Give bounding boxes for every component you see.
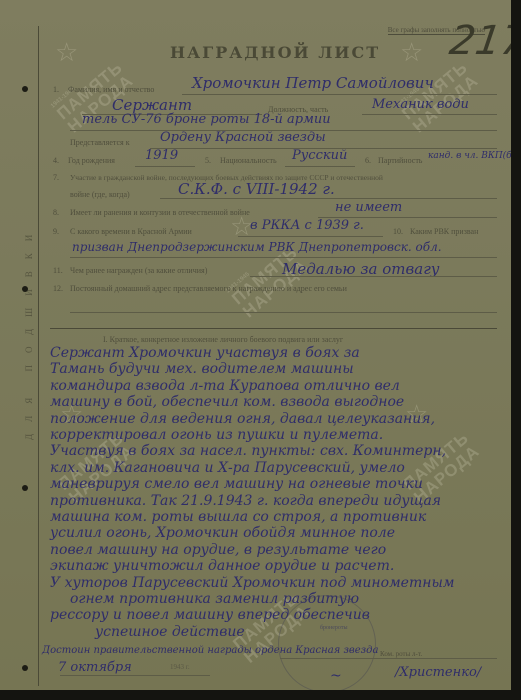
star-watermark-icon: ☆: [55, 38, 78, 68]
field-9-label: С какого времени в Красной Армии: [70, 227, 192, 236]
archive-number: 217: [447, 18, 511, 64]
field-11-label: Чем ранее награжден (за какие отличия): [70, 266, 207, 275]
underline: [238, 236, 383, 237]
punch-hole: [22, 286, 28, 292]
binding-label: ДЛЯ ПОДШИВКИ: [24, 223, 34, 440]
underline: [60, 675, 210, 676]
feat-line: повел машину на орудие, в результате чег…: [50, 542, 386, 558]
star-watermark-icon: ☆: [400, 38, 423, 68]
underline: [182, 94, 497, 95]
punch-hole: [22, 665, 28, 671]
field-8-number: 8.: [53, 208, 59, 217]
date-year: 1943 г.: [170, 663, 190, 671]
signature-name: /Христенко/: [395, 665, 481, 680]
underline: [280, 658, 497, 659]
feat-line: экипаж уничтожил данное орудие и расчет.: [50, 558, 394, 574]
feat-line: положение для ведения огня, давал целеук…: [50, 411, 435, 427]
feat-line: командира взвода л-та Курапова отлично в…: [50, 378, 400, 394]
field-7-value: С.К.Ф. с VIII-1942 г.: [178, 180, 335, 198]
underline: [70, 312, 497, 313]
underline: [135, 166, 195, 167]
field-3-value-line2: тель СУ-76 броне роты 18-й армии: [82, 112, 331, 127]
feat-line: корректировал огонь из пушки и пулемета.: [50, 427, 383, 443]
field-9-value: в РККА с 1939 г.: [250, 218, 364, 233]
field-5-value: Русский: [292, 148, 347, 163]
field-1-value: Хромочкин Петр Самойлович: [192, 74, 434, 92]
field-9-number: 9.: [53, 227, 59, 236]
field-3-value-line1: Механик води: [372, 97, 469, 112]
field-6-value: канд. в чл. ВКП(б): [428, 151, 511, 161]
field-1-label: Фамилия, имя и отчество: [68, 85, 154, 94]
feat-line: Участвуя в боях за насел. пункты: свх. К…: [50, 443, 446, 459]
field-10-value: призван Днепродзержинским РВК Днепропетр…: [72, 240, 442, 254]
field-8-value: не имеет: [335, 200, 402, 215]
field-4-number: 4.: [53, 156, 59, 165]
scan-edge: [511, 0, 521, 700]
feat-heading: I. Краткое, конкретное изложение личного…: [103, 335, 343, 344]
field-7-number: 7.: [53, 173, 59, 182]
underline: [362, 114, 497, 115]
feat-line: клх. им. Кагановича и Х-ра Парусевский, …: [50, 460, 405, 476]
field-12-label: Постоянный домашний адрес представляемог…: [70, 284, 347, 293]
field-10-label: Каким РВК призван: [410, 227, 478, 236]
field-4-label: Год рождения: [68, 156, 115, 165]
award-sheet: ДЛЯ ПОДШИВКИ ☆ 1941-1945 ПАМЯТЬ НАРОДА ☆…: [0, 0, 511, 690]
feat-line: маневрируя смело вел машину на огневые т…: [50, 476, 423, 492]
field-7-label-line2: войне (где, когда): [70, 190, 130, 199]
page-title: НАГРАДНОЙ ЛИСТ: [170, 43, 380, 62]
section-divider: [50, 328, 497, 329]
underline: [160, 198, 497, 199]
field-11-number: 11.: [53, 266, 63, 275]
feat-line: машину в бой, обеспечил ком. взвода выго…: [50, 394, 404, 410]
field-6-number: 6.: [365, 156, 371, 165]
field-6-label: Партийность: [378, 156, 422, 165]
feat-line: усилил огонь, Хромочкин обойдя минное по…: [50, 525, 395, 541]
underline: [250, 276, 497, 277]
feat-line: противника. Так 21.9.1943 г. когда впере…: [50, 493, 441, 509]
field-5-number: 5.: [205, 156, 211, 165]
date-day: 7 октября: [58, 660, 132, 675]
binding-margin-line: [38, 26, 39, 686]
feat-line: Сержант Хромочкин участвуя в боях за: [50, 345, 360, 361]
punch-hole: [22, 86, 28, 92]
underline: [70, 257, 497, 258]
seal-text: бронероты: [320, 625, 348, 631]
feat-line: машина ком. роты вышла со строя, а проти…: [50, 509, 426, 525]
feat-line: У хуторов Парусевский Хромочкин под мино…: [50, 575, 454, 591]
field-1-number: 1.: [53, 85, 59, 94]
signature-mark: ~: [330, 668, 342, 684]
punch-hole: [22, 485, 28, 491]
field-5-label: Национальность: [220, 156, 277, 165]
signature-role: Ком. роты л-т.: [380, 650, 422, 658]
field-10-number: 10.: [393, 227, 403, 236]
underline: [285, 166, 355, 167]
presented-value: Ордену Красной звезды: [160, 130, 326, 145]
field-12-number: 12.: [53, 284, 63, 293]
feat-line: Тамань будучи мех. водителем машины: [50, 361, 354, 377]
field-4-value: 1919: [145, 148, 178, 163]
scan-edge: [0, 690, 521, 700]
presented-label: Представляется к: [70, 138, 130, 147]
feat-line: успешное действие: [95, 624, 245, 640]
field-8-label: Имеет ли ранения и контузии в отечествен…: [70, 208, 250, 217]
seal-stamp: [278, 595, 376, 690]
